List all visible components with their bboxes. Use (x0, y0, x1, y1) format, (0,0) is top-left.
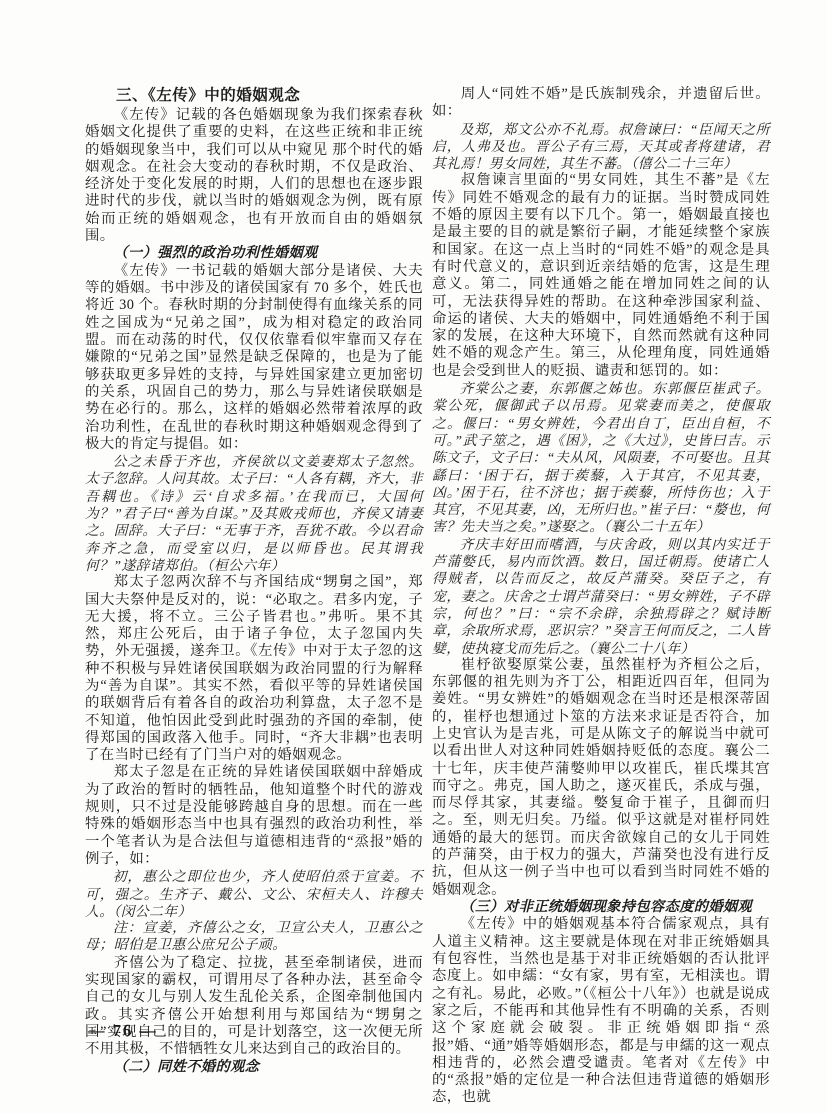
document-page: 三、《左传》中的婚姻观念 《左传》记载的各色婚姻现象为我们探索春秋婚姻文化提供了… (0, 0, 827, 1114)
two-column-text-area: 三、《左传》中的婚姻观念 《左传》记载的各色婚姻现象为我们探索春秋婚姻文化提供了… (85, 86, 769, 1107)
quote-block: 公之未昏于齐也，齐侯欲以文姜妻郑太子忽然。太子忽辞。人问其故。太子曰：“人各有耦… (85, 453, 423, 574)
left-column: 三、《左传》中的婚姻观念 《左传》记载的各色婚姻现象为我们探索春秋婚姻文化提供了… (85, 86, 423, 1107)
right-column: 周人“同姓不婚”是氏族制残余，并遗留后世。如： 及郑，郑文公亦不礼焉。叔詹谏曰：… (432, 86, 770, 1107)
subsection-heading-1: （一）强烈的政治功利性婚姻观 (85, 245, 423, 263)
subsection-heading-3: （三）对非正统婚姻现象持包容态度的婚姻观 (432, 899, 770, 917)
paragraph: 崔杼欲娶原棠公妻，虽然崔杼为齐桓公之后，东郭偃的祖先则为齐丁公，相距近四百年，但… (432, 657, 770, 899)
paragraph: 郑太子忽是在正统的异姓诸侯国联姻中辞婚成为了政治的暂时的牺牲品，他知道整个时代的… (85, 764, 423, 868)
paragraph: 叔詹谏言里面的“男女同姓，其生不蕃”是《左传》同姓不婚观念的最有力的证据。当时赞… (432, 172, 770, 380)
quote-block: 齐棠公之妻，东郭偃之姊也。东郭偃臣崔武子。棠公死，偃御武子以吊焉。见棠妻而美之，… (432, 380, 770, 536)
section-title: 三、《左传》中的婚姻观念 (85, 86, 423, 105)
paragraph: 《左传》记载的各色婚姻现象为我们探索春秋婚姻文化提供了重要的史料，在这些正统和非… (85, 107, 423, 245)
subsection-heading-2: （二）同姓不婚的观念 (85, 1059, 423, 1077)
quote-block: 及郑，郑文公亦不礼焉。叔詹谏曰：“臣闻天之所启，人弗及也。晋公子有三焉，天其或者… (432, 121, 770, 173)
page-number: — 76 — (88, 1021, 158, 1041)
quote-block: 齐庆丰好田而嗜酒，与庆舍政，则以其内实迁于芦蒲嫳氏，易内而饮酒。数日，国迁朝焉。… (432, 536, 770, 657)
quote-block: 初，惠公之即位也少，齐人使昭伯烝于宣姜。不可，强之。生齐子、戴公、文公、宋桓夫人… (85, 868, 423, 920)
paragraph: 《左传》一书记载的婚姻大部分是诸侯、大夫等的婚姻。书中涉及的诸侯国家有 70 多… (85, 263, 423, 453)
paragraph: 郑太子忽两次辞不与齐国结成“甥舅之国”，郑国大夫祭仲是反对的，说：“必取之。君多… (85, 574, 423, 764)
paragraph: 齐僖公为了稳定、拉拢，甚至牵制诸侯，进而实现国家的霸权，可谓用尽了各种办法，甚至… (85, 955, 423, 1059)
paragraph: 《左传》中的婚姻观基本符合儒家观点，具有人道主义精神。这主要就是体现在对非正统婚… (432, 916, 770, 1106)
paragraph: 周人“同姓不婚”是氏族制残余，并遗留后世。如： (432, 86, 770, 121)
note-paragraph: 注：宣姜，齐僖公之女，卫宣公夫人，卫惠公之母；昭伯是卫惠公庶兄公子顽。 (85, 920, 423, 955)
